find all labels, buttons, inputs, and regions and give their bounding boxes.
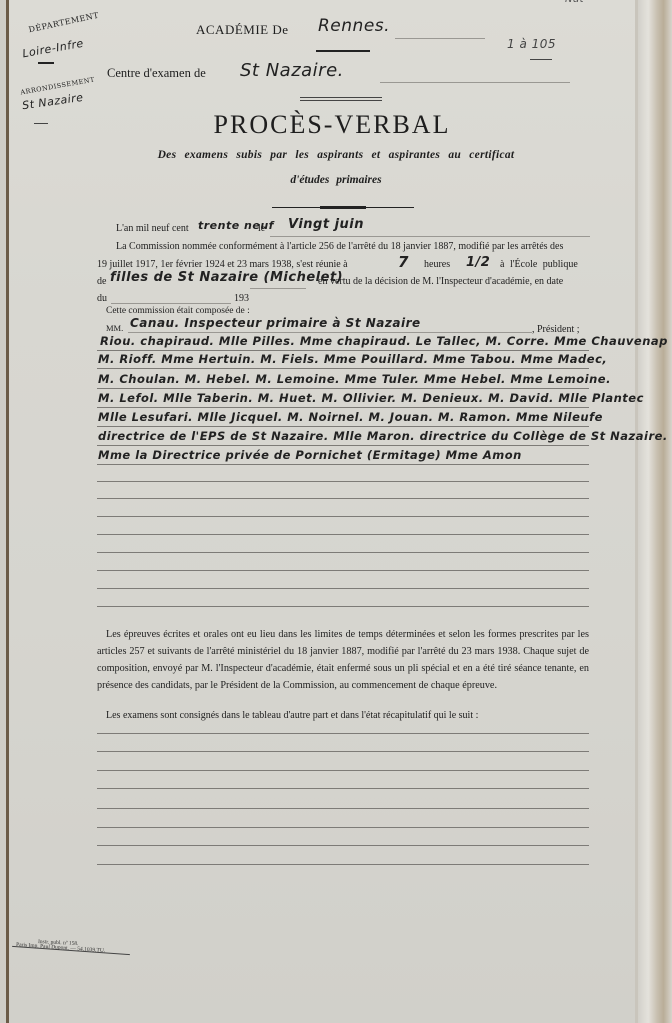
title-divider-center [320,206,366,209]
decision-text: en vertu de la décision de M. l'Inspecte… [318,276,563,287]
member-line-1: Riou. chapiraud. Mlle Pilles. Mme chapir… [100,334,668,348]
member-line-6: directrice de l'EPS de St Nazaire. Mlle … [98,429,668,443]
year-label: L'an mil neuf cent [116,223,189,234]
date-du-label: du [97,293,107,304]
member-line-3: M. Choulan. M. Hebel. M. Lemoine. Mme Tu… [98,372,611,386]
member-line-2: M. Rioff. Mme Hertuin. M. Fiels. Mme Pou… [98,352,607,366]
academie-label: ACADÉMIE De [196,22,289,38]
subtitle-line1: Des examens subis par les aspirants et a… [0,149,672,161]
ruled-line [97,350,589,351]
ruled-line [97,388,589,389]
president-value: Canau. Inspecteur primaire à St Nazaire [130,316,421,330]
ruled-line [97,534,589,535]
date-du-line [111,303,231,304]
ruled-line [97,751,589,752]
academie-underline [316,50,370,52]
subtitle-line2: d'études primaires [0,174,672,186]
ruled-line [97,445,589,446]
page-range-underline [530,59,552,60]
centre-value: St Nazaire. [240,60,344,81]
ruled-line [97,588,589,589]
ruled-line [97,845,589,846]
ruled-line [97,770,589,771]
half-value: 1/2 [466,255,490,270]
mm-label: MM. [106,323,123,333]
member-line-7: Mme la Directrice privée de Pornichet (E… [98,448,522,462]
academie-value: Rennes. [318,16,390,36]
hours-label: heures [424,259,450,270]
ruled-line [97,864,589,865]
commission-text-2: 19 juillet 1917, 1er février 1924 et 23 … [97,259,348,270]
corner-note: Nat [565,0,584,5]
ruled-line [97,788,589,789]
ruled-line [97,733,589,734]
centre-label: Centre d'examen de [107,66,206,81]
page-title: PROCÈS-VERBAL [0,110,668,140]
ruled-line [97,808,589,809]
commission-text-1: La Commission nommée conformément à l'ar… [116,241,563,252]
ruled-line [97,368,589,369]
departement-underline [38,62,54,64]
school-line [250,288,306,289]
ruled-line [97,552,589,553]
member-line-5: Mlle Lesufari. Mlle Jicquel. M. Noirnel.… [98,410,603,424]
ruled-line [97,606,589,607]
date-label: le [258,223,265,234]
ruled-line [97,464,589,465]
ruled-line [97,407,589,408]
ruled-line [97,426,589,427]
composition-label: Cette commission était composée de : [106,306,250,316]
ruled-line [97,516,589,517]
ruled-line [97,481,589,482]
member-line-4: M. Lefol. Mlle Taberin. M. Huet. M. Olli… [98,391,644,405]
date-value: Vingt juin [288,217,364,232]
centre-rule-2 [300,100,382,101]
hour-value: 7 [398,253,409,271]
academie-dotted-line [395,38,485,39]
school-prefix: de [97,276,106,287]
ruled-line [97,827,589,828]
centre-dotted-line [380,82,570,83]
ruled-line [97,570,589,571]
consignes-text: Les examens sont consignés dans le table… [106,710,478,721]
centre-rule-1 [300,97,382,98]
ruled-line [97,498,589,499]
school-label: à l'École publique [500,259,578,270]
epreuves-paragraph: Les épreuves écrites et orales ont eu li… [97,626,589,694]
page-range: 1 à 105 [507,37,556,51]
date-du-year: 193 [234,293,249,304]
date-line [270,236,590,237]
school-value: filles de St Nazaire (Michelet) [110,270,343,285]
president-line [128,332,532,333]
